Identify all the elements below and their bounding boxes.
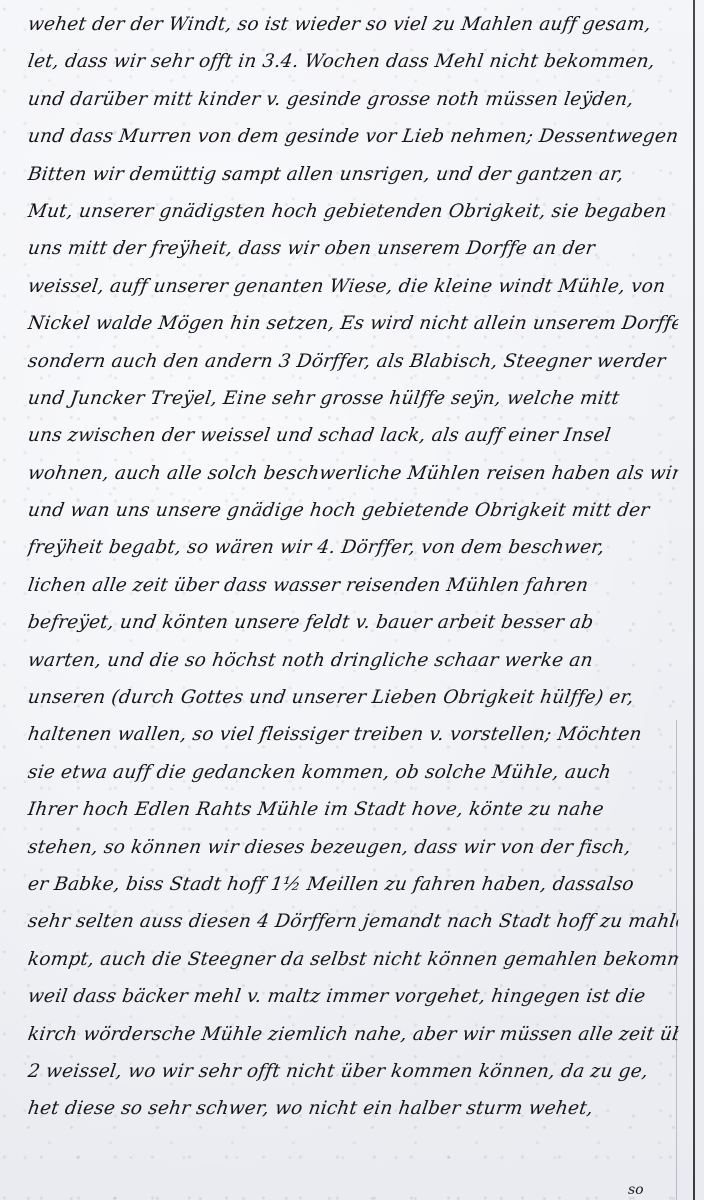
manuscript-text-block: wehet der der Windt, so ist wieder so vi… — [28, 6, 678, 1128]
manuscript-line: sondern auch den andern 3 Dörffer, als B… — [25, 343, 680, 380]
manuscript-line: kompt, auch die Steegner da selbst nicht… — [25, 941, 680, 978]
manuscript-line: weissel, auff unserer genanten Wiese, di… — [25, 268, 680, 305]
manuscript-line: lichen alle zeit über dass wasser reisen… — [25, 567, 680, 604]
manuscript-line: sie etwa auff die gedancken kommen, ob s… — [25, 754, 680, 791]
manuscript-line: sehr selten auss diesen 4 Dörffern jeman… — [25, 903, 680, 940]
manuscript-line: wehet der der Windt, so ist wieder so vi… — [25, 6, 680, 43]
manuscript-line: und dass Murren von dem gesinde vor Lieb… — [25, 118, 680, 155]
manuscript-line: stehen, so können wir dieses bezeugen, d… — [25, 829, 680, 866]
manuscript-line: warten, und die so höchst noth dringlich… — [25, 642, 680, 679]
manuscript-line: freÿheit begabt, so wären wir 4. Dörffer… — [25, 529, 680, 566]
manuscript-line: befreÿet, und könten unsere feldt v. bau… — [25, 604, 680, 641]
manuscript-line: kirch wördersche Mühle ziemlich nahe, ab… — [25, 1016, 680, 1053]
manuscript-page: wehet der der Windt, so ist wieder so vi… — [0, 0, 704, 1200]
manuscript-line: Nickel walde Mögen hin setzen, Es wird n… — [25, 305, 680, 342]
manuscript-line: er Babke, biss Stadt hoff 1½ Meillen zu … — [25, 866, 680, 903]
manuscript-line: Bitten wir demüttig sampt allen unsrigen… — [25, 156, 680, 193]
catchword-mark: so — [628, 1182, 644, 1198]
manuscript-line: Ihrer hoch Edlen Rahts Mühle im Stadt ho… — [25, 791, 680, 828]
manuscript-line: het diese so sehr schwer, wo nicht ein h… — [25, 1090, 680, 1127]
manuscript-line: Mut, unserer gnädigsten hoch gebietenden… — [25, 193, 680, 230]
manuscript-line: uns mitt der freÿheit, dass wir oben uns… — [25, 230, 680, 267]
manuscript-line: 2 weissel, wo wir sehr offt nicht über k… — [25, 1053, 680, 1090]
manuscript-line: uns zwischen der weissel und schad lack,… — [25, 417, 680, 454]
manuscript-line: haltenen wallen, so viel fleissiger trei… — [25, 716, 680, 753]
manuscript-line: wohnen, auch alle solch beschwerliche Mü… — [25, 455, 680, 492]
manuscript-line: und darüber mitt kinder v. gesinde gross… — [25, 81, 680, 118]
manuscript-line: und Juncker Treÿel, Eine sehr grosse hül… — [25, 380, 680, 417]
manuscript-line: weil dass bäcker mehl v. maltz immer vor… — [25, 978, 680, 1015]
manuscript-line: let, dass wir sehr offt in 3.4. Wochen d… — [25, 43, 680, 80]
manuscript-line: unseren (durch Gottes und unserer Lieben… — [25, 679, 680, 716]
right-margin-rule — [693, 0, 695, 1200]
manuscript-line: und wan uns unsere gnädige hoch gebieten… — [25, 492, 680, 529]
